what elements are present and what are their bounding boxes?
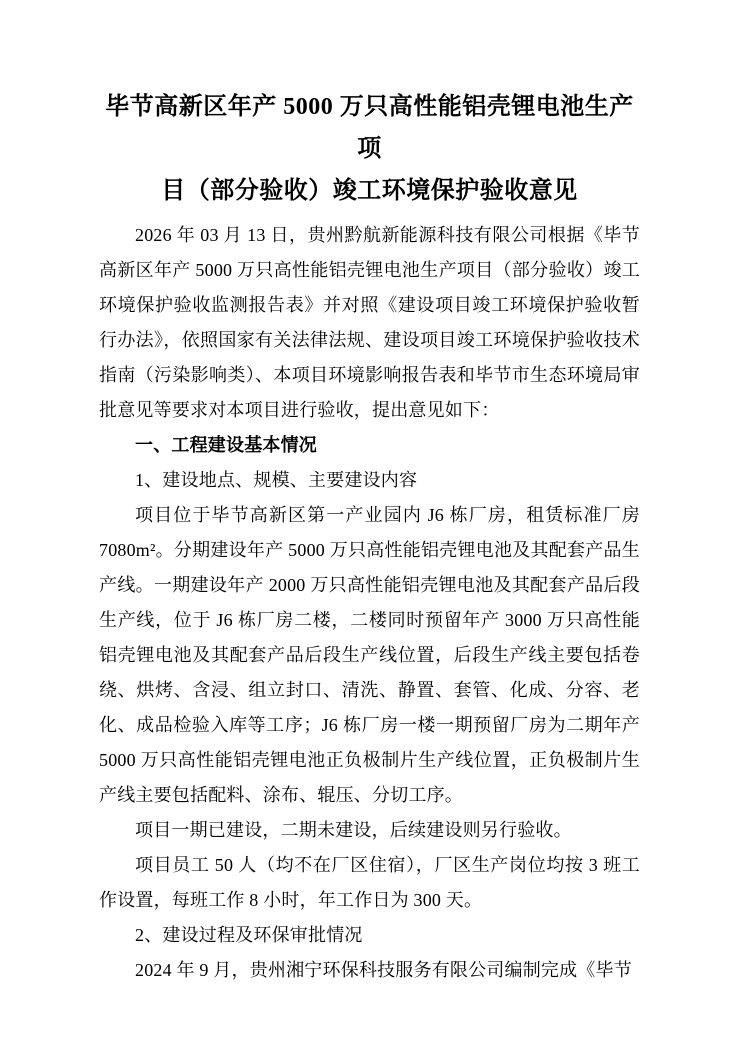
- subheading-construction-process-and-approval: 2、建设过程及环保审批情况: [99, 918, 640, 953]
- document-title: 毕节高新区年产 5000 万只高性能铝壳锂电池生产项 目（部分验收）竣工环境保护…: [99, 86, 640, 212]
- paragraph-intro-acceptance-basis: 2026 年 03 月 13 日，贵州黔航新能源科技有限公司根据《毕节高新区年产…: [99, 218, 640, 428]
- section-heading-project-construction-overview: 一、工程建设基本情况: [99, 428, 640, 463]
- document-title-line-1: 毕节高新区年产 5000 万只高性能铝壳锂电池生产项: [99, 86, 640, 170]
- document-page: 毕节高新区年产 5000 万只高性能铝壳锂电池生产项 目（部分验收）竣工环境保护…: [0, 0, 740, 1047]
- paragraph-phase-construction-status: 项目一期已建设，二期未建设，后续建设则另行验收。: [99, 813, 640, 848]
- document-title-line-2: 目（部分验收）竣工环境保护验收意见: [99, 170, 640, 212]
- paragraph-project-location-and-scale: 项目位于毕节高新区第一产业园内 J6 栋厂房，租赁标准厂房 7080m²。分期建…: [99, 498, 640, 813]
- paragraph-eia-report-preparation-truncated: 2024 年 9 月，贵州湘宁环保科技服务有限公司编制完成《毕节: [99, 953, 640, 988]
- paragraph-staffing-and-work-schedule: 项目员工 50 人（均不在厂区住宿），厂区生产岗位均按 3 班工作设置，每班工作…: [99, 848, 640, 918]
- subheading-location-scale-content: 1、建设地点、规模、主要建设内容: [99, 463, 640, 498]
